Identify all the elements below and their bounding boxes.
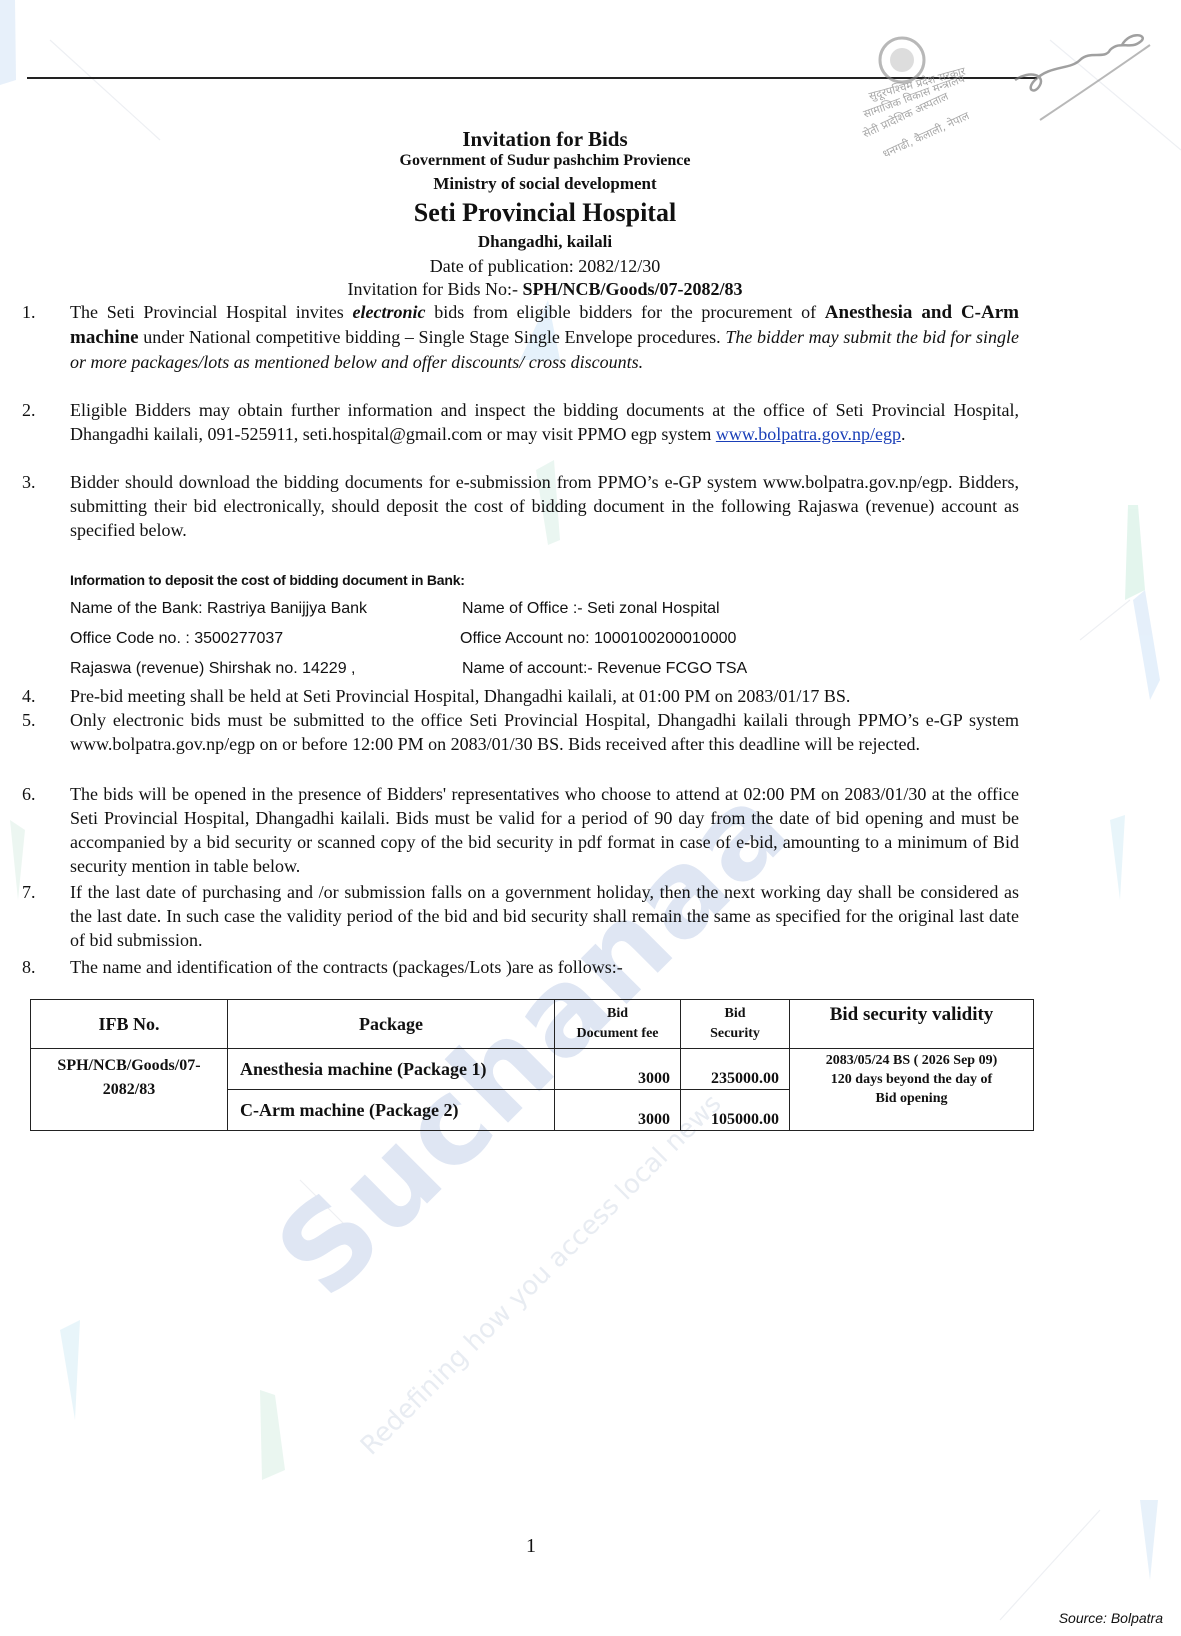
clause-1: 1. The Seti Provincial Hospital invites … (22, 300, 1019, 374)
validity-cell: 2083/05/24 BS ( 2026 Sep 09)120 days bey… (790, 1049, 1034, 1131)
bank-name: Name of the Bank: Rastriya Banijjya Bank (70, 600, 367, 618)
source-credit: Source: Bolpatra (1059, 1610, 1163, 1626)
revenue-heading: Rajaswa (revenue) Shirshak no. 14229 , (70, 660, 356, 678)
clause-8: 8. The name and identification of the co… (22, 955, 1019, 979)
clause-7: 7. If the last date of purchasing and /o… (22, 880, 1019, 952)
office-account: Office Account no: 1000100200010000 (460, 630, 736, 648)
office-name: Name of Office :- Seti zonal Hospital (462, 600, 720, 618)
ifb-cell: SPH/NCB/Goods/07-2082/83 (31, 1049, 228, 1131)
clause-2: 2. Eligible Bidders may obtain further i… (22, 398, 1019, 446)
header-doc-fee: BidDocument fee (555, 1000, 681, 1049)
package-cell: Anesthesia machine (Package 1) (228, 1049, 555, 1090)
package-cell: C-Arm machine (Package 2) (228, 1090, 555, 1131)
clause-3: 3. Bidder should download the bidding do… (22, 470, 1019, 542)
table-row: SPH/NCB/Goods/07-2082/83 Anesthesia mach… (31, 1049, 1034, 1090)
page-number: 1 (526, 1535, 536, 1558)
clause-6: 6. The bids will be opened in the presen… (22, 782, 1019, 878)
doc-fee-cell: 3000 (555, 1090, 681, 1131)
header-validity: Bid security validity (790, 1000, 1034, 1049)
office-code: Office Code no. : 3500277037 (70, 630, 283, 648)
security-cell: 105000.00 (681, 1090, 790, 1131)
clause-5: 5. Only electronic bids must be submitte… (22, 708, 1019, 756)
document-title: Invitation for Bids (300, 127, 790, 152)
bank-info-title: Information to deposit the cost of biddi… (70, 572, 465, 588)
ifb-number-line: Invitation for Bids No:- SPH/NCB/Goods/0… (300, 279, 790, 300)
contracts-table: IFB No. Package BidDocument fee BidSecur… (30, 999, 1034, 1131)
security-cell: 235000.00 (681, 1049, 790, 1090)
ifb-number: SPH/NCB/Goods/07-2082/83 (522, 279, 742, 299)
clause-4: 4. Pre-bid meeting shall be held at Seti… (22, 684, 1019, 708)
table-header-row: IFB No. Package BidDocument fee BidSecur… (31, 1000, 1034, 1049)
header-ifb: IFB No. (31, 1000, 228, 1049)
hospital-location: Dhangadhi, kailali (300, 232, 790, 252)
publication-date: Date of publication: 2082/12/30 (300, 256, 790, 277)
signature (1010, 20, 1160, 130)
hospital-name: Seti Provincial Hospital (300, 198, 790, 228)
official-seal-icon: सुदूरपश्चिम प्रदेश सरकार सामाजिक विकास म… (860, 18, 990, 168)
header-security: BidSecurity (681, 1000, 790, 1049)
header-package: Package (228, 1000, 555, 1049)
account-name: Name of account:- Revenue FCGO TSA (462, 660, 747, 678)
government-name: Government of Sudur pashchim Provience (300, 152, 790, 170)
ministry-name: Ministry of social development (300, 174, 790, 194)
doc-fee-cell: 3000 (555, 1049, 681, 1090)
bolpatra-link[interactable]: www.bolpatra.gov.np/egp (716, 424, 901, 444)
